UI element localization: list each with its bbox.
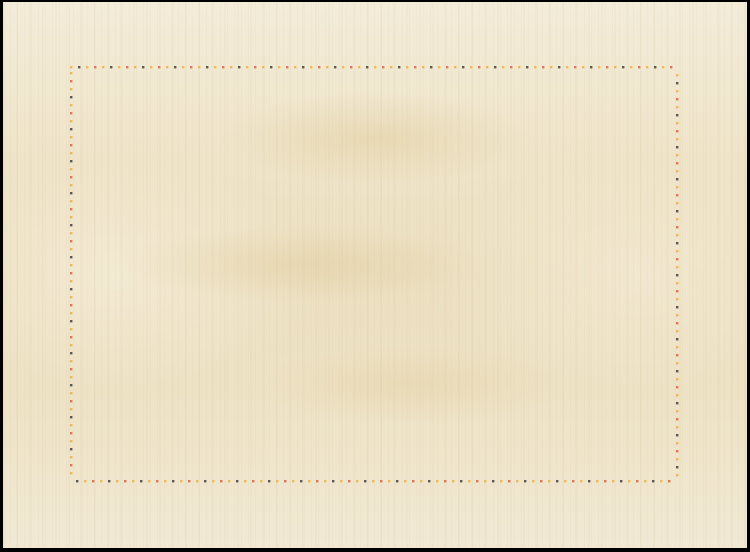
dotted-border: [0, 0, 750, 552]
